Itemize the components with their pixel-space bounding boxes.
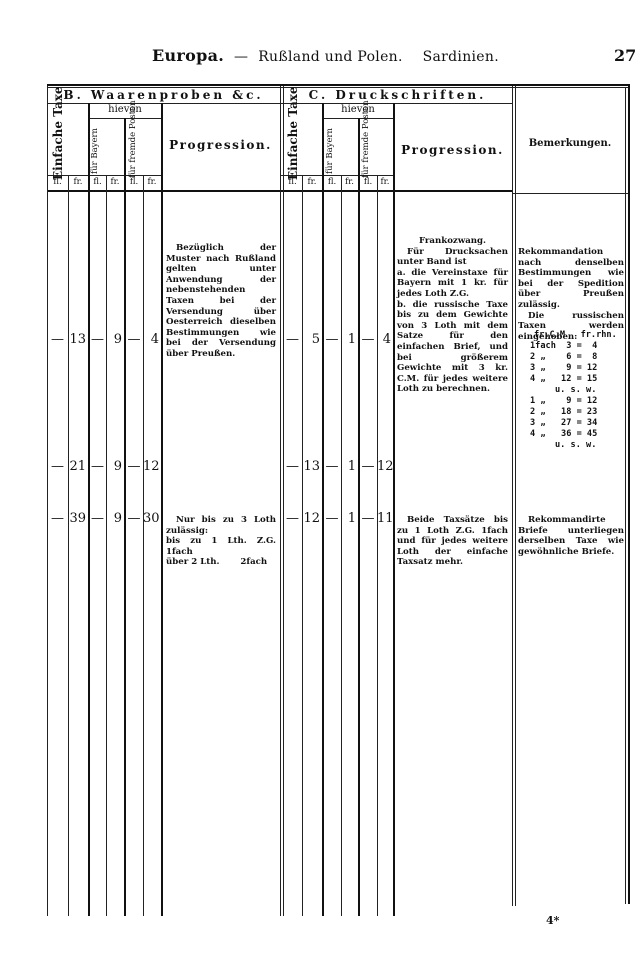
- c-bayern-kr: 1: [341, 332, 356, 347]
- b-fremde-fl: —: [125, 511, 143, 526]
- b-hievon-label: hievon: [89, 104, 161, 115]
- b-fuer-bayern-text: für Bayern: [90, 128, 100, 174]
- c-taxe-kr: 13: [302, 459, 320, 474]
- c-bayern-kr: 1: [341, 459, 356, 474]
- b-taxe-kr: 13: [68, 332, 86, 347]
- c-fremde-kr: 12: [377, 459, 391, 474]
- c-einfache-taxe-header: Einfache Taxe: [287, 110, 317, 180]
- c-taxe-fl: —: [283, 511, 302, 526]
- header-bottom-rule-bem: [512, 193, 629, 194]
- page-number: 27: [614, 46, 636, 65]
- b-progression-3-line3: über 2 Lth. 2fach: [166, 557, 276, 568]
- bem-rate-line: 1fach 3 = 4: [530, 341, 597, 352]
- running-head-dash: —: [234, 49, 248, 65]
- b-progression-3-line2: bis zu 1 Lth. Z.G. 1fach: [166, 536, 276, 557]
- bem-divider: [515, 86, 516, 906]
- c-taxe-kr: 12: [302, 511, 320, 526]
- col-line: [88, 103, 90, 916]
- c-bayern-fl: —: [323, 459, 341, 474]
- section-divider: [280, 86, 281, 916]
- c-fuer-bayern-header: für Bayern: [326, 124, 354, 178]
- col-line: [393, 103, 395, 916]
- bem-usw: u. s. w.: [555, 440, 596, 451]
- b-einfache-taxe-header: Einfache Taxe: [52, 110, 82, 180]
- c-fremde-fl: —: [359, 332, 377, 347]
- b-fuer-bayern-header: für Bayern: [91, 124, 119, 178]
- c-progression-note-1: Frankozwang. Für Drucksachen unter Band …: [397, 236, 508, 395]
- bem-rate-line: 3 „ 9 = 12: [530, 363, 597, 374]
- bem-rate-line: 4 „ 12 = 15: [530, 374, 597, 385]
- table-top-border: [47, 84, 629, 86]
- col-line: [377, 175, 378, 916]
- unit-kr: fr.: [68, 177, 88, 187]
- c-progression-1-a: a. die Vereinstaxe für Bayern mit 1 kr. …: [397, 268, 508, 300]
- col-line: [143, 175, 144, 916]
- c-progression-1-title: Frankozwang.: [397, 236, 508, 247]
- running-head-subtitle: Rußland und Polen.: [258, 49, 403, 65]
- bem-rate-header: fr.C.M fr.rhn.: [534, 330, 617, 341]
- b-fremde-kr: 12: [143, 459, 159, 474]
- table-right-border-inner: [625, 88, 626, 904]
- b-bayern-kr: 9: [106, 511, 122, 526]
- col-line: [302, 175, 303, 916]
- b-progression-note-3: Nur bis zu 3 Loth zulässig: bis zu 1 Lth…: [166, 515, 276, 568]
- b-fremde-fl: —: [125, 459, 143, 474]
- bemerkungen-note-3: Rekommandirte Briefe unterliegen derselb…: [518, 515, 624, 557]
- c-bayern-kr: 1: [341, 511, 356, 526]
- bem-rate-line: 2 „ 18 = 23: [530, 407, 597, 418]
- c-fuer-fremde-text: für fremde Posten: [361, 100, 371, 178]
- b-fremde-fl: —: [125, 332, 143, 347]
- c-hievon-label: hievon: [323, 104, 393, 115]
- b-fremde-kr: 30: [143, 511, 159, 526]
- unit-fl: fl.: [323, 177, 341, 187]
- bem-usw: u. s. w.: [555, 385, 596, 396]
- col-line: [341, 175, 342, 916]
- c-einfache-taxe-text: Einfache Taxe: [286, 86, 300, 180]
- c-bayern-fl: —: [323, 332, 341, 347]
- b-taxe-fl: —: [47, 332, 68, 347]
- unit-fl: fl.: [359, 177, 377, 187]
- running-head-subtitle2: Sardinien.: [423, 49, 499, 65]
- running-head: Europa. — Rußland und Polen. Sardinien.: [152, 46, 499, 65]
- c-fuer-bayern-text: für Bayern: [325, 128, 335, 174]
- b-fuer-fremde-text: für fremde Posten: [128, 100, 138, 178]
- bemerkungen-note-1: Rekommandation nach denselben Bestimmung…: [518, 247, 624, 342]
- b-bayern-fl: —: [89, 459, 106, 474]
- b-progression-note-1: Bezüglich der Muster nach Rußland gelten…: [166, 243, 276, 360]
- c-taxe-kr: 5: [302, 332, 320, 347]
- b-bayern-fl: —: [89, 332, 106, 347]
- b-progression-header: Progression.: [161, 138, 280, 152]
- running-head-title: Europa.: [152, 46, 224, 65]
- bem-divider: [512, 86, 513, 906]
- unit-kr: fr.: [377, 177, 393, 187]
- c-bayern-fl: —: [323, 511, 341, 526]
- b-bayern-kr: 9: [106, 332, 122, 347]
- unit-fl: fl.: [89, 177, 106, 187]
- section-b-title: B. Waarenproben &c.: [47, 88, 280, 102]
- unit-kr: fr.: [143, 177, 161, 187]
- b-fuer-fremde-header: für fremde Posten: [129, 124, 157, 178]
- table-right-border: [628, 84, 630, 904]
- bem-rate-line: 2 „ 6 = 8: [530, 352, 597, 363]
- c-progression-1-b: b. die russische Taxe bis zu dem Gewicht…: [397, 300, 508, 395]
- bem-rate-line: 4 „ 36 = 45: [530, 429, 597, 440]
- unit-fl: fl.: [47, 177, 68, 187]
- c-fremde-fl: —: [359, 511, 377, 526]
- col-line: [68, 175, 69, 916]
- col-line: [322, 103, 324, 916]
- b-taxe-kr: 39: [68, 511, 86, 526]
- bem-rate-line: 3 „ 27 = 34: [530, 418, 597, 429]
- b-einfache-taxe-text: Einfache Taxe: [51, 86, 65, 180]
- b-taxe-fl: —: [47, 459, 68, 474]
- signature-mark: 4*: [546, 914, 559, 927]
- b-bayern-fl: —: [89, 511, 106, 526]
- c-fremde-fl: —: [359, 459, 377, 474]
- b-taxe-kr: 21: [68, 459, 86, 474]
- b-fremde-kr: 4: [143, 332, 159, 347]
- section-c-title: C. Druckschriften.: [283, 88, 512, 102]
- col-line: [161, 103, 163, 916]
- c-progression-header: Progression.: [393, 143, 512, 157]
- c-progression-1-intro: Für Drucksachen unter Band ist: [397, 247, 508, 268]
- unit-kr: fr.: [341, 177, 358, 187]
- unit-fl: fl.: [283, 177, 302, 187]
- section-divider: [283, 86, 284, 916]
- col-line: [47, 86, 48, 916]
- bemerkungen-header: Bemerkungen.: [515, 138, 625, 149]
- bem-rate-line: 1 „ 9 = 12: [530, 396, 597, 407]
- col-line: [106, 175, 107, 916]
- b-bayern-kr: 9: [106, 459, 122, 474]
- b-taxe-fl: —: [47, 511, 68, 526]
- c-fremde-kr: 4: [377, 332, 391, 347]
- unit-kr: fr.: [302, 177, 322, 187]
- c-taxe-fl: —: [283, 459, 302, 474]
- unit-fl: fl.: [125, 177, 143, 187]
- c-progression-note-3: Beide Taxsätze bis zu 1 Loth Z.G. 1fach …: [397, 515, 508, 568]
- c-fuer-fremde-header: für fremde Posten: [362, 124, 390, 178]
- bem-1-text: Rekommandation nach denselben Bestimmung…: [518, 247, 624, 311]
- c-fremde-kr: 11: [377, 511, 391, 526]
- unit-kr: fr.: [106, 177, 124, 187]
- c-taxe-fl: —: [283, 332, 302, 347]
- b-progression-3-line1: Nur bis zu 3 Loth zulässig:: [166, 515, 276, 536]
